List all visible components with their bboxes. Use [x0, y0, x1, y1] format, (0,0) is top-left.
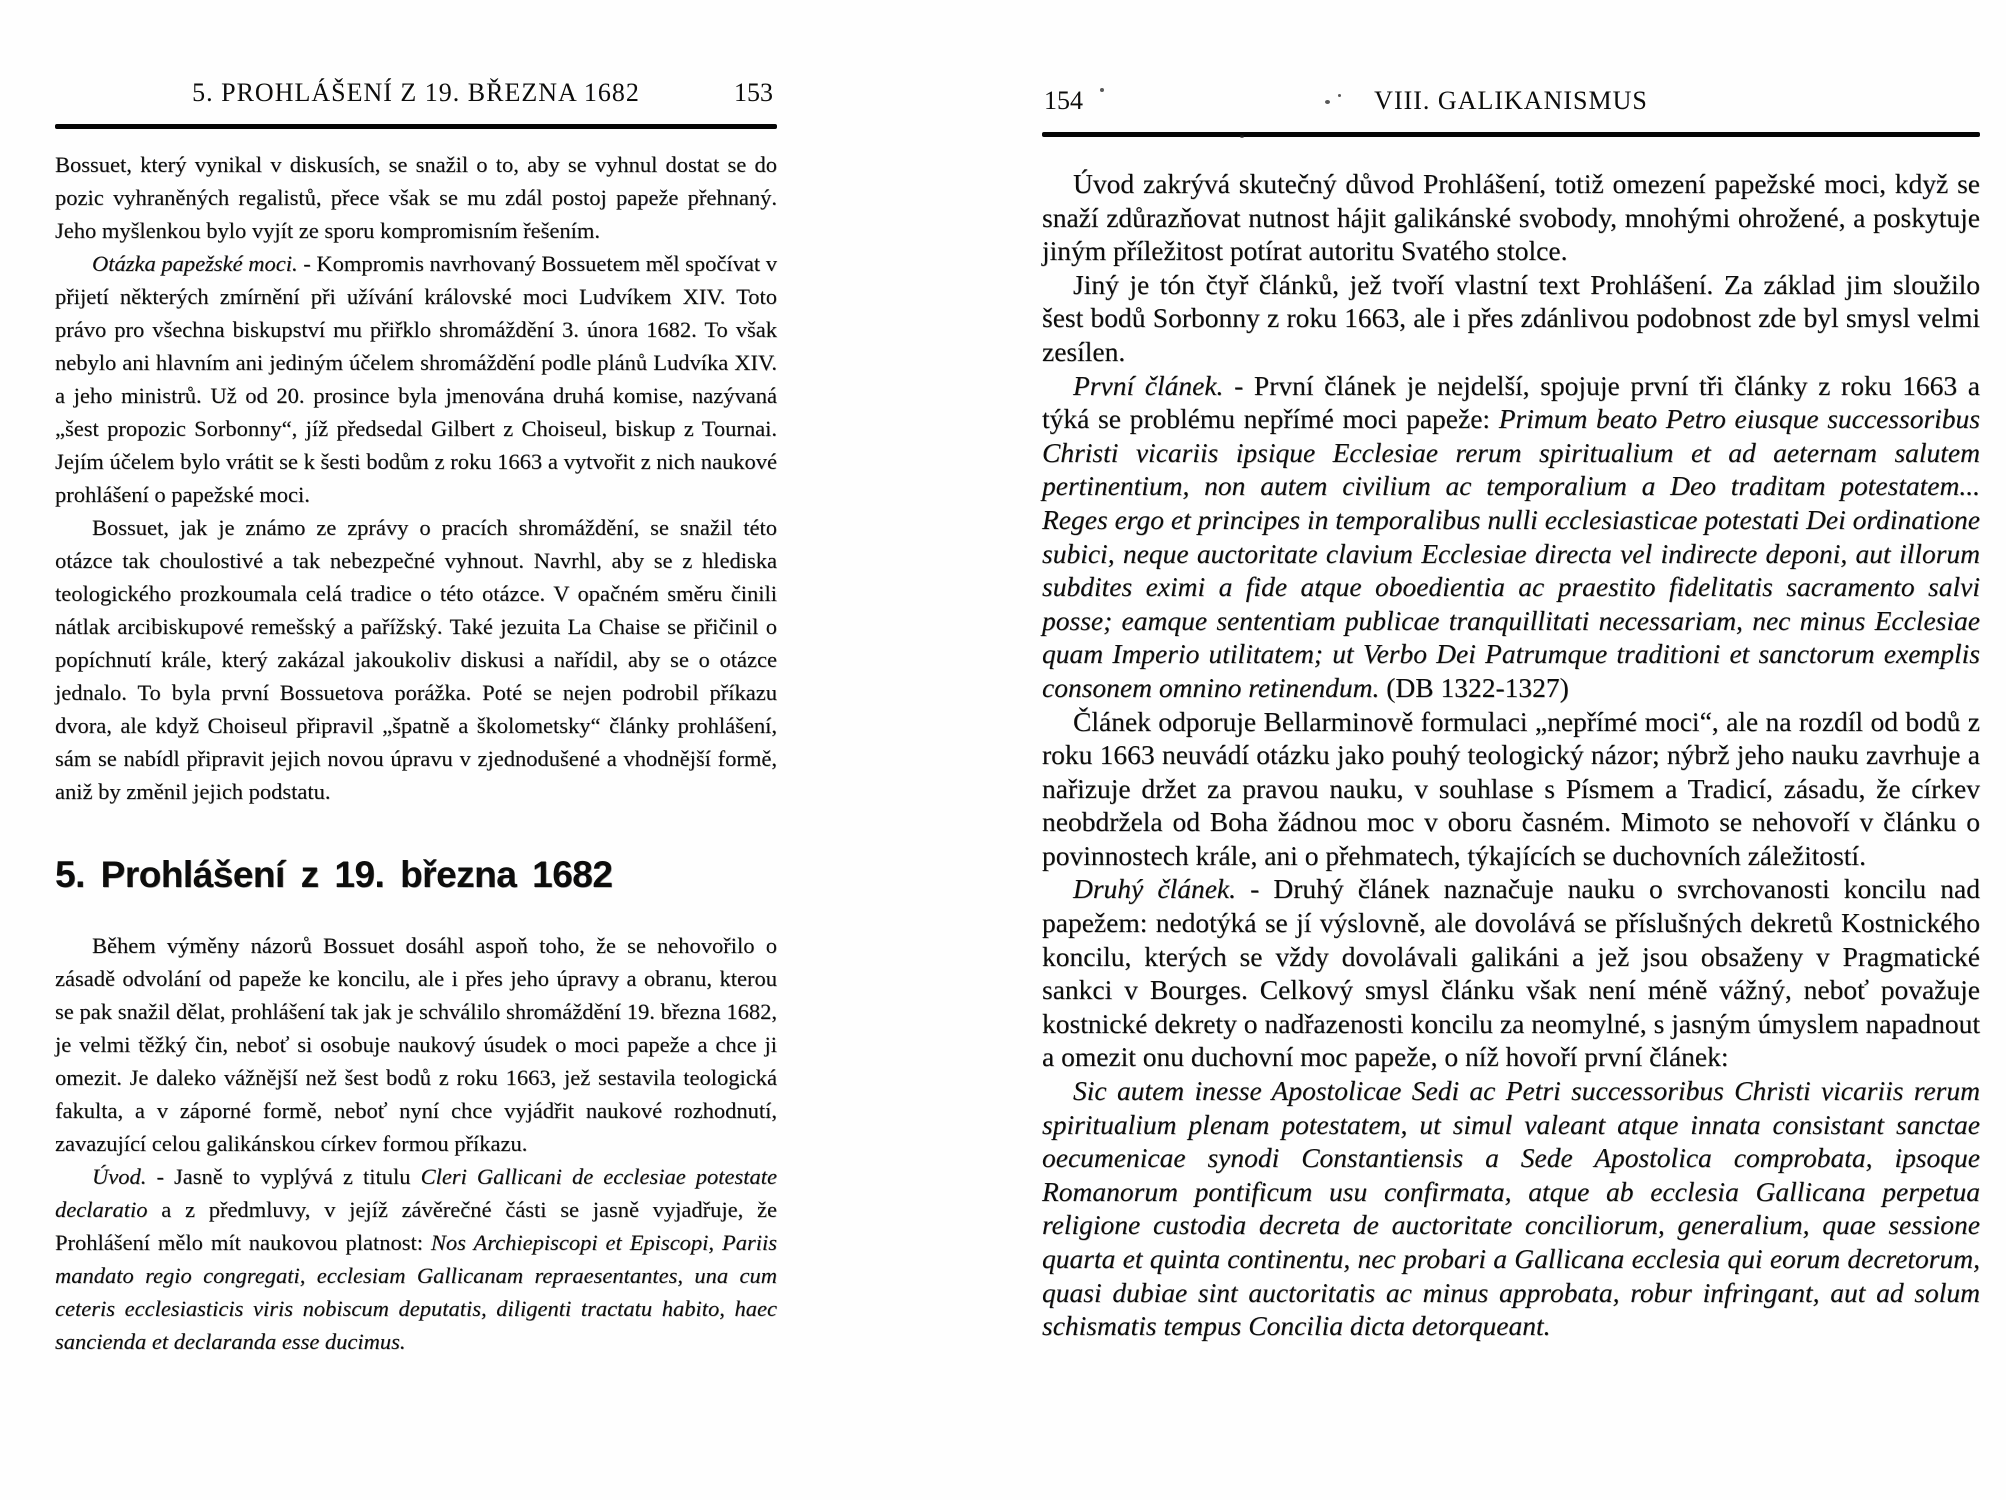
text-run: - Jasně to vyplývá z titulu [146, 1164, 420, 1189]
page-body: Bossuet, který vynikal v diskusích, se s… [55, 148, 777, 1358]
italic-text-run: Sic autem inesse Apostolicae Sedi ac Pet… [1042, 1075, 1980, 1341]
paragraph: Sic autem inesse Apostolicae Sedi ac Pet… [1042, 1074, 1980, 1343]
scan-speck [1325, 100, 1330, 104]
left-paragraphs-bottom: Během výměny názorů Bossuet dosáhl aspoň… [55, 929, 777, 1358]
scan-speck [1338, 94, 1341, 97]
text-run: (DB 1322-1327) [1379, 672, 1568, 703]
page-153: 5. PROHLÁŠENÍ Z 19. BŘEZNA 1682 153 Boss… [55, 78, 777, 1358]
page-154: VIII. GALIKANISMUS 154 Úvod zakrývá skut… [1042, 86, 1980, 1343]
paragraph: Během výměny názorů Bossuet dosáhl aspoň… [55, 929, 777, 1160]
paragraph: Úvod zakrývá skutečný důvod Prohlášení, … [1042, 167, 1980, 268]
paragraph: Článek odporuje Bellarminově formulaci „… [1042, 705, 1980, 873]
running-head-title: 5. PROHLÁŠENÍ Z 19. BŘEZNA 1682 [55, 78, 777, 108]
page-body: Úvod zakrývá skutečný důvod Prohlášení, … [1042, 167, 1980, 1343]
paragraph: Otázka papežské moci. - Kompromis navrho… [55, 247, 777, 511]
paragraph: Bossuet, který vynikal v diskusích, se s… [55, 148, 777, 247]
text-run: Článek odporuje Bellarminově formulaci „… [1042, 706, 1980, 871]
paragraph: Bossuet, jak je známo ze zprávy o pracíc… [55, 511, 777, 808]
running-head-title: VIII. GALIKANISMUS [1042, 86, 1980, 116]
page-number: 154 [1044, 86, 1083, 116]
page-number: 153 [734, 78, 773, 108]
paragraph: První článek. - První článek je nejdelší… [1042, 369, 1980, 705]
head-rule [55, 124, 777, 129]
text-run: - Kompromis navrhovaný Bossuetem měl spo… [55, 251, 777, 507]
italic-text-run: Druhý článek. [1073, 873, 1236, 904]
text-run: Bossuet, který vynikal v diskusích, se s… [55, 152, 777, 243]
left-paragraphs-top: Bossuet, který vynikal v diskusích, se s… [55, 148, 777, 808]
text-run: Jiný je tón čtyř článků, jež tvoří vlast… [1042, 269, 1980, 367]
running-head: 5. PROHLÁŠENÍ Z 19. BŘEZNA 1682 153 [55, 78, 777, 124]
italic-text-run: První článek. [1073, 370, 1223, 401]
italic-text-run: Úvod. [92, 1164, 146, 1189]
text-run: Bossuet, jak je známo ze zprávy o pracíc… [55, 515, 777, 804]
running-head: VIII. GALIKANISMUS 154 [1042, 86, 1980, 132]
paragraph: Úvod. - Jasně to vyplývá z titulu Cleri … [55, 1160, 777, 1358]
paragraph: Druhý článek. - Druhý článek naznačuje n… [1042, 872, 1980, 1074]
section-heading: 5. Prohlášení z 19. března 1682 [55, 858, 777, 891]
text-run: Během výměny názorů Bossuet dosáhl aspoň… [55, 933, 777, 1156]
scan-speck [1240, 135, 1244, 138]
italic-text-run: Otázka papežské moci. [92, 251, 298, 276]
italic-text-run: Primum beato Petro eiusque successoribus… [1042, 403, 1980, 703]
paragraph: Jiný je tón čtyř článků, jež tvoří vlast… [1042, 268, 1980, 369]
text-run: Úvod zakrývá skutečný důvod Prohlášení, … [1042, 168, 1980, 266]
right-paragraphs: Úvod zakrývá skutečný důvod Prohlášení, … [1042, 167, 1980, 1343]
head-rule [1042, 132, 1980, 137]
scan-speck [1100, 88, 1104, 92]
book-scan: 5. PROHLÁŠENÍ Z 19. BŘEZNA 1682 153 Boss… [0, 0, 2006, 1500]
